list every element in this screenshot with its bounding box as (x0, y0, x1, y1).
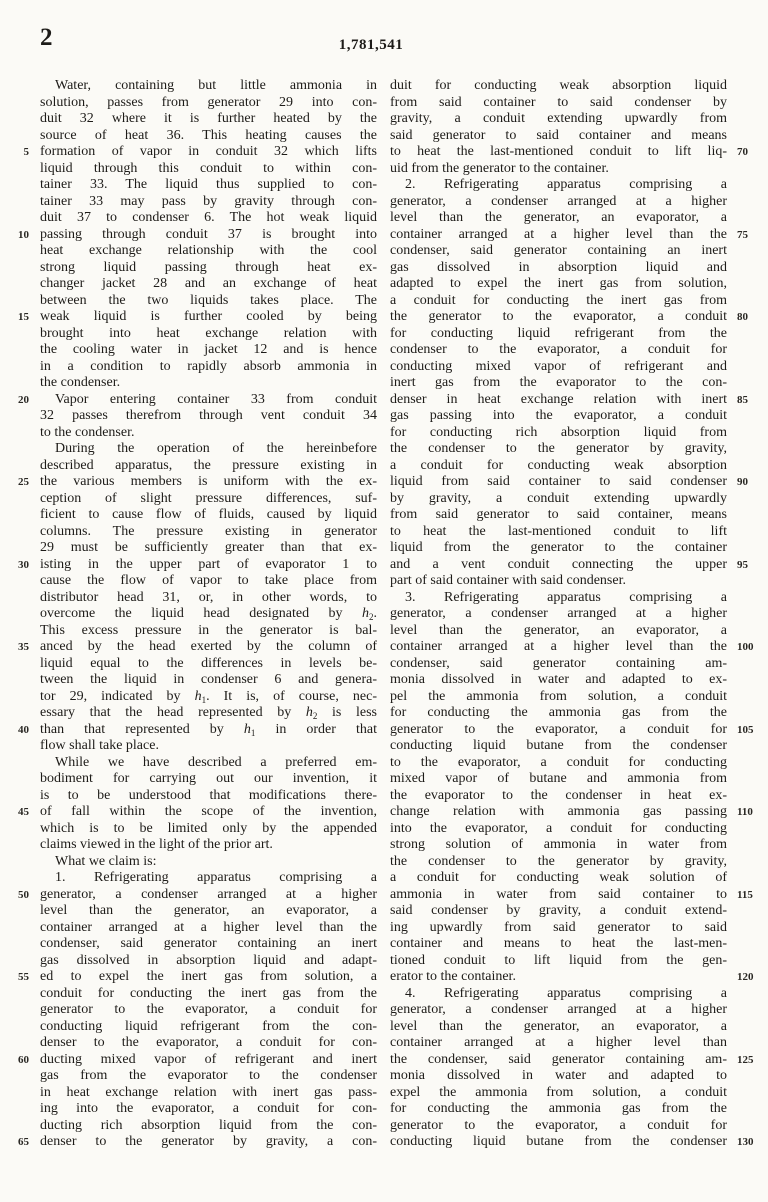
text-line: to heat the last-mentioned conduit to li… (390, 524, 762, 541)
line-number: 125 (727, 1052, 762, 1069)
text-line: described apparatus, the pressure existi… (6, 458, 377, 475)
line-number: 115 (727, 887, 762, 904)
line-text: to the condenser. (40, 425, 377, 442)
line-text: passing through conduit 37 is brought in… (40, 227, 377, 244)
line-number (6, 243, 40, 260)
text-line: source of heat 36. This heating causes t… (6, 128, 377, 145)
line-number (6, 161, 40, 178)
line-number: 40 (6, 722, 40, 739)
line-number (727, 326, 762, 343)
line-number (6, 854, 40, 871)
text-line: cause the flow of vapor to take place fr… (6, 573, 377, 590)
line-number (6, 128, 40, 145)
line-number: 55 (6, 969, 40, 986)
text-line: by gravity, a conduit extending upwardly (390, 491, 762, 508)
line-number (6, 111, 40, 128)
text-line: gas passing into the evaporator, a condu… (390, 408, 762, 425)
line-text: This excess pressure in the generator is… (40, 623, 377, 640)
line-number (727, 458, 762, 475)
text-line: overcome the liquid head designated by h… (6, 606, 377, 623)
line-number: 110 (727, 804, 762, 821)
line-text: duit 32 where it is further heated by th… (40, 111, 377, 128)
line-text: Vapor entering container 33 from conduit (40, 392, 377, 409)
line-text: While we have described a preferred em- (40, 755, 377, 772)
line-text: conducting mixed vapor of refrigerant an… (390, 359, 727, 376)
line-text: duit 37 to condenser 6. The hot weak liq… (40, 210, 377, 227)
line-number (727, 903, 762, 920)
text-line: tor 29, indicated by h1. It is, of cours… (6, 689, 377, 706)
text-line: condenser, said generator containing an … (6, 936, 377, 953)
line-text: change relation with ammonia gas passing (390, 804, 727, 821)
right-column: duit for conducting weak absorption liqu… (390, 78, 762, 1151)
text-line: a conduit for conducting the inert gas f… (390, 293, 762, 310)
line-text: ducting rich absorption liquid from the … (40, 1118, 377, 1135)
text-line: What we claim is: (6, 854, 377, 871)
line-text: said generator to said container and mea… (390, 128, 727, 145)
text-line: said condenser by gravity, a conduit ext… (390, 903, 762, 920)
text-line: monia dissolved in water and adapted to (390, 1068, 762, 1085)
line-number (727, 590, 762, 607)
line-number (727, 1002, 762, 1019)
line-number (727, 672, 762, 689)
line-number (727, 953, 762, 970)
text-line: 1. Refrigerating apparatus comprising a (6, 870, 377, 887)
line-number: 35 (6, 639, 40, 656)
line-text: ducting mixed vapor of refrigerant and i… (40, 1052, 377, 1069)
line-text: between the two liquids takes place. The (40, 293, 377, 310)
line-number (727, 524, 762, 541)
text-line: strong liquid passing through heat ex- (6, 260, 377, 277)
line-number (6, 573, 40, 590)
line-text: gas dissolved in absorption liquid and a… (40, 953, 377, 970)
line-number (727, 1019, 762, 1036)
text-line: and a vent conduit connecting the upper9… (390, 557, 762, 574)
text-line: generator to the evaporator, a conduit f… (390, 722, 762, 739)
line-number (727, 441, 762, 458)
line-number (6, 1085, 40, 1102)
text-line: in heat exchange relation with inert gas… (6, 1085, 377, 1102)
text-line: container arranged at a higher level tha… (390, 227, 762, 244)
text-line: level than the generator, an evaporator,… (390, 623, 762, 640)
line-number (727, 540, 762, 557)
line-number (727, 1101, 762, 1118)
text-line: inert gas from the evaporator to the con… (390, 375, 762, 392)
line-number: 20 (6, 392, 40, 409)
line-number: 80 (727, 309, 762, 326)
text-line: generator, a condenser arranged at a hig… (390, 1002, 762, 1019)
line-number (6, 1118, 40, 1135)
line-number: 100 (727, 639, 762, 656)
text-line: 40than that represented by h1 in order t… (6, 722, 377, 739)
line-number (6, 606, 40, 623)
text-line: 10passing through conduit 37 is brought … (6, 227, 377, 244)
line-number (6, 986, 40, 1003)
line-number: 5 (6, 144, 40, 161)
line-text: ed to expel the inert gas from solution,… (40, 969, 377, 986)
line-text: which is to be limited only by the appen… (40, 821, 377, 838)
line-number (6, 441, 40, 458)
line-text: cause the flow of vapor to take place fr… (40, 573, 377, 590)
text-line: Water, containing but little ammonia in (6, 78, 377, 95)
text-line: said generator to said container and mea… (390, 128, 762, 145)
line-text: overcome the liquid head designated by h… (40, 606, 377, 623)
line-text: tween the liquid in condenser 6 and gene… (40, 672, 377, 689)
line-number (727, 821, 762, 838)
line-text: the condenser to the generator by gravit… (390, 854, 727, 871)
text-line: 4. Refrigerating apparatus comprising a (390, 986, 762, 1003)
line-text: than that represented by h1 in order tha… (40, 722, 377, 739)
text-line: strong solution of ammonia in water from (390, 837, 762, 854)
line-text: level than the generator, an evaporator,… (390, 1019, 727, 1036)
text-line: generator to the evaporator, a conduit f… (390, 1118, 762, 1135)
line-number (727, 573, 762, 590)
left-column: Water, containing but little ammonia ins… (6, 78, 377, 1151)
text-line: from said container to said condenser by (390, 95, 762, 112)
line-number (6, 425, 40, 442)
line-text: generator, a condenser arranged at a hig… (390, 1002, 727, 1019)
text-line: liquid through this conduit to within co… (6, 161, 377, 178)
line-text: Water, containing but little ammonia in (40, 78, 377, 95)
line-number (727, 1068, 762, 1085)
line-number (727, 854, 762, 871)
line-text: and a vent conduit connecting the upper (390, 557, 727, 574)
line-text: a conduit for conducting the inert gas f… (390, 293, 727, 310)
line-number: 90 (727, 474, 762, 491)
text-line: changer jacket 28 and an exchange of hea… (6, 276, 377, 293)
line-text: heat exchange relationship with the cool (40, 243, 377, 260)
line-number (6, 177, 40, 194)
text-line: tainer 33 may pass by gravity through co… (6, 194, 377, 211)
line-number (6, 524, 40, 541)
line-number (727, 1035, 762, 1052)
text-line: to the evaporator, a conduit for conduct… (390, 755, 762, 772)
text-line: level than the generator, an evaporator,… (390, 210, 762, 227)
line-number (727, 936, 762, 953)
line-number (6, 771, 40, 788)
text-line: the condenser, said generator containing… (390, 1052, 762, 1069)
line-number (6, 705, 40, 722)
line-text: the cooling water in jacket 12 and is he… (40, 342, 377, 359)
line-text: source of heat 36. This heating causes t… (40, 128, 377, 145)
text-line: denser to the evaporator, a conduit for … (6, 1035, 377, 1052)
line-number (6, 359, 40, 376)
line-text: denser in heat exchange relation with in… (390, 392, 727, 409)
text-line: ing into the evaporator, a conduit for c… (6, 1101, 377, 1118)
line-number (6, 1019, 40, 1036)
line-number (6, 326, 40, 343)
line-text: to heat the last-mentioned conduit to li… (390, 144, 727, 161)
line-number: 85 (727, 392, 762, 409)
line-number (727, 95, 762, 112)
line-number (6, 623, 40, 640)
line-text: gas passing into the evaporator, a condu… (390, 408, 727, 425)
text-line: for conducting the ammonia gas from the (390, 1101, 762, 1118)
text-line: 29 must be sufficiently greater than tha… (6, 540, 377, 557)
line-number (6, 194, 40, 211)
text-line: container arranged at a higher level tha… (390, 1035, 762, 1052)
text-line: 3. Refrigerating apparatus comprising a (390, 590, 762, 607)
line-number (727, 1085, 762, 1102)
line-text: conducting liquid refrigerant from the c… (40, 1019, 377, 1036)
line-number (727, 986, 762, 1003)
line-text: liquid equal to the differences in level… (40, 656, 377, 673)
text-line: condenser, said generator containing am- (390, 656, 762, 673)
line-number (6, 656, 40, 673)
line-text: condenser, said generator containing an … (390, 243, 727, 260)
text-line: the evaporator to the condenser in heat … (390, 788, 762, 805)
text-line: solution, passes from generator 29 into … (6, 95, 377, 112)
text-line: conduit for conducting the inert gas fro… (6, 986, 377, 1003)
text-line: the cooling water in jacket 12 and is he… (6, 342, 377, 359)
line-text: During the operation of the hereinbefore (40, 441, 377, 458)
line-number (6, 276, 40, 293)
line-number: 120 (727, 969, 762, 986)
line-number (727, 755, 762, 772)
line-number: 10 (6, 227, 40, 244)
text-line: the condenser. (6, 375, 377, 392)
line-text: tainer 33 may pass by gravity through co… (40, 194, 377, 211)
line-number (6, 375, 40, 392)
line-text: strong solution of ammonia in water from (390, 837, 727, 854)
line-text: container arranged at a higher level tha… (390, 227, 727, 244)
text-line: brought into heat exchange relation with (6, 326, 377, 343)
line-text: tainer 33. The liquid thus supplied to c… (40, 177, 377, 194)
line-text: conducting liquid butane from the conden… (390, 738, 727, 755)
line-text: erator to the container. (390, 969, 727, 986)
text-line: level than the generator, an evaporator,… (6, 903, 377, 920)
text-line: a conduit for conducting weak absorption (390, 458, 762, 475)
line-text: part of said container with said condens… (390, 573, 727, 590)
line-text: to heat the last-mentioned conduit to li… (390, 524, 727, 541)
line-number (6, 953, 40, 970)
line-text: gas dissolved in absorption liquid and (390, 260, 727, 277)
line-text: isting in the upper part of evaporator 1… (40, 557, 377, 574)
line-number (6, 672, 40, 689)
line-number (727, 276, 762, 293)
line-text: for conducting the ammonia gas from the (390, 1101, 727, 1118)
line-number (6, 458, 40, 475)
text-line: a conduit for conducting weak solution o… (390, 870, 762, 887)
text-line: mixed vapor of butane and ammonia from (390, 771, 762, 788)
line-text: solution, passes from generator 29 into … (40, 95, 377, 112)
text-line: to the condenser. (6, 425, 377, 442)
line-number (727, 738, 762, 755)
line-text: bodiment for carrying out our invention,… (40, 771, 377, 788)
text-line: gas dissolved in absorption liquid and a… (6, 953, 377, 970)
line-text: from said generator to said container, m… (390, 507, 727, 524)
line-number (727, 342, 762, 359)
text-line: for conducting the ammonia gas from the (390, 705, 762, 722)
line-number (6, 1035, 40, 1052)
line-text: weak liquid is further cooled by being (40, 309, 377, 326)
line-text: 4. Refrigerating apparatus comprising a (390, 986, 727, 1003)
line-number: 105 (727, 722, 762, 739)
line-number (6, 210, 40, 227)
line-number (727, 920, 762, 937)
text-line: from said generator to said container, m… (390, 507, 762, 524)
text-line: flow shall take place. (6, 738, 377, 755)
text-line: container arranged at a higher level tha… (390, 639, 762, 656)
line-number (6, 1002, 40, 1019)
line-number: 25 (6, 474, 40, 491)
line-number (6, 1101, 40, 1118)
line-text: conducting liquid butane from the conden… (390, 1134, 727, 1151)
line-text: expel the ammonia from solution, a condu… (390, 1085, 727, 1102)
line-text: liquid through this conduit to within co… (40, 161, 377, 178)
line-number (6, 755, 40, 772)
line-text: condenser, said generator containing an … (40, 936, 377, 953)
text-line: 25the various members is uniform with th… (6, 474, 377, 491)
line-text: mixed vapor of butane and ammonia from (390, 771, 727, 788)
line-text: of fall within the scope of the inventio… (40, 804, 377, 821)
line-text: for conducting rich absorption liquid fr… (390, 425, 727, 442)
line-text: liquid from the generator to the contain… (390, 540, 727, 557)
line-text: ing upwardly from said generator to said (390, 920, 727, 937)
line-text: anced by the head exerted by the column … (40, 639, 377, 656)
line-text: container arranged at a higher level tha… (40, 920, 377, 937)
line-text: the condenser to the generator by gravit… (390, 441, 727, 458)
line-text: inert gas from the evaporator to the con… (390, 375, 727, 392)
line-number (6, 78, 40, 95)
line-number (727, 507, 762, 524)
line-number (6, 837, 40, 854)
line-number (727, 408, 762, 425)
line-number (6, 788, 40, 805)
text-line: While we have described a preferred em- (6, 755, 377, 772)
line-number (6, 936, 40, 953)
line-number (727, 771, 762, 788)
text-line: container and means to heat the last-men… (390, 936, 762, 953)
text-line: heat exchange relationship with the cool (6, 243, 377, 260)
line-number (6, 507, 40, 524)
text-line: 65denser to the generator by gravity, a … (6, 1134, 377, 1151)
text-line: 45of fall within the scope of the invent… (6, 804, 377, 821)
line-text: in a condition to rapidly absorb ammonia… (40, 359, 377, 376)
text-line: monia dissolved in water and adapted to … (390, 672, 762, 689)
line-text: gas from the evaporator to the condenser (40, 1068, 377, 1085)
line-text: the various members is uniform with the … (40, 474, 377, 491)
line-number: 75 (727, 227, 762, 244)
line-text: denser to the evaporator, a conduit for … (40, 1035, 377, 1052)
text-line: adapted to expel the inert gas from solu… (390, 276, 762, 293)
text-line: level than the generator, an evaporator,… (390, 1019, 762, 1036)
line-number: 15 (6, 309, 40, 326)
line-text: monia dissolved in water and adapted to (390, 1068, 727, 1085)
line-text: conduit for conducting the inert gas fro… (40, 986, 377, 1003)
line-number (727, 78, 762, 95)
text-line: expel the ammonia from solution, a condu… (390, 1085, 762, 1102)
text-line: for conducting liquid refrigerant from t… (390, 326, 762, 343)
line-text: generator to the evaporator, a conduit f… (390, 1118, 727, 1135)
line-text: essary that the head represented by h2 i… (40, 705, 377, 722)
text-line: 2. Refrigerating apparatus comprising a (390, 177, 762, 194)
line-text: ception of slight pressure differences, … (40, 491, 377, 508)
line-text: ficient to cause flow of fluids, caused … (40, 507, 377, 524)
line-text: level than the generator, an evaporator,… (390, 210, 727, 227)
line-number (6, 491, 40, 508)
text-line: liquid from the generator to the contain… (390, 540, 762, 557)
line-number (727, 425, 762, 442)
line-text: is to be understood that modifications t… (40, 788, 377, 805)
line-number (727, 128, 762, 145)
line-number (727, 375, 762, 392)
line-text: a conduit for conducting weak solution o… (390, 870, 727, 887)
line-text: tor 29, indicated by h1. It is, of cours… (40, 689, 377, 706)
line-number (727, 623, 762, 640)
line-number (6, 870, 40, 887)
line-number (6, 293, 40, 310)
line-number (727, 111, 762, 128)
text-line: tween the liquid in condenser 6 and gene… (6, 672, 377, 689)
line-number (727, 837, 762, 854)
text-line: ammonia in water from said container to1… (390, 887, 762, 904)
text-line: in a condition to rapidly absorb ammonia… (6, 359, 377, 376)
line-number (727, 260, 762, 277)
line-text: to the evaporator, a conduit for conduct… (390, 755, 727, 772)
line-text: container and means to heat the last-men… (390, 936, 727, 953)
line-number (727, 293, 762, 310)
text-line: 32 passes therefrom through vent conduit… (6, 408, 377, 425)
line-number (6, 738, 40, 755)
line-text: columns. The pressure existing in genera… (40, 524, 377, 541)
text-line: 50generator, a condenser arranged at a h… (6, 887, 377, 904)
line-text: generator, a condenser arranged at a hig… (40, 887, 377, 904)
line-number: 65 (6, 1134, 40, 1151)
line-text: denser to the generator by gravity, a co… (40, 1134, 377, 1151)
text-line: denser in heat exchange relation with in… (390, 392, 762, 409)
text-line: gravity, a conduit extending upwardly fr… (390, 111, 762, 128)
patent-number: 1,781,541 (0, 37, 742, 54)
line-text: in heat exchange relation with inert gas… (40, 1085, 377, 1102)
line-number (727, 689, 762, 706)
text-line: which is to be limited only by the appen… (6, 821, 377, 838)
line-number (6, 342, 40, 359)
text-line: columns. The pressure existing in genera… (6, 524, 377, 541)
line-number (727, 1118, 762, 1135)
line-text: by gravity, a conduit extending upwardly (390, 491, 727, 508)
text-line: conducting liquid refrigerant from the c… (6, 1019, 377, 1036)
text-line: gas from the evaporator to the condenser (6, 1068, 377, 1085)
text-line: duit 37 to condenser 6. The hot weak liq… (6, 210, 377, 227)
text-line: tioned conduit to lift liquid from the g… (390, 953, 762, 970)
text-line: essary that the head represented by h2 i… (6, 705, 377, 722)
text-line: part of said container with said condens… (390, 573, 762, 590)
line-number (727, 606, 762, 623)
line-text: monia dissolved in water and adapted to … (390, 672, 727, 689)
line-text: uid from the generator to the container. (390, 161, 727, 178)
line-text: generator, a condenser arranged at a hig… (390, 606, 727, 623)
text-line: generator, a condenser arranged at a hig… (390, 194, 762, 211)
line-number (727, 788, 762, 805)
line-text: strong liquid passing through heat ex- (40, 260, 377, 277)
text-line: This excess pressure in the generator is… (6, 623, 377, 640)
text-line: liquid equal to the differences in level… (6, 656, 377, 673)
line-text: tioned conduit to lift liquid from the g… (390, 953, 727, 970)
line-text: ammonia in water from said container to (390, 887, 727, 904)
text-line: between the two liquids takes place. The (6, 293, 377, 310)
text-line: ficient to cause flow of fluids, caused … (6, 507, 377, 524)
line-text: duit for conducting weak absorption liqu… (390, 78, 727, 95)
text-line: bodiment for carrying out our invention,… (6, 771, 377, 788)
text-line: liquid from said container to said conde… (390, 474, 762, 491)
line-number (6, 903, 40, 920)
line-number (6, 821, 40, 838)
line-text: brought into heat exchange relation with (40, 326, 377, 343)
line-number (6, 260, 40, 277)
text-line: 55ed to expel the inert gas from solutio… (6, 969, 377, 986)
text-line: ception of slight pressure differences, … (6, 491, 377, 508)
line-number: 50 (6, 887, 40, 904)
